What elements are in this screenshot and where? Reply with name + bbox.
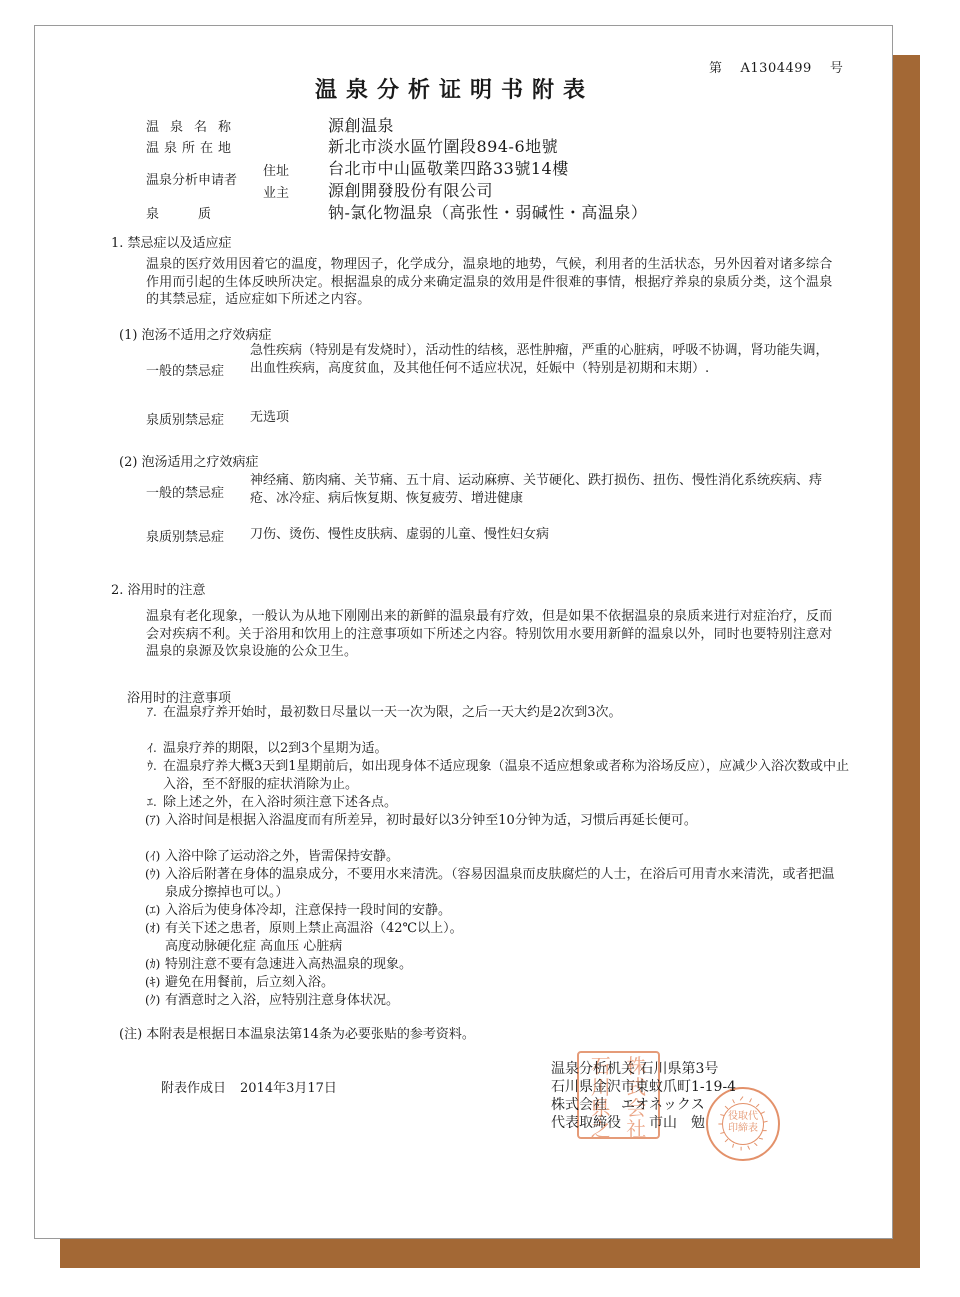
- subnote-item: (ｱ)入浴时间是根据入浴温度而有所差异，初时最好以3分钟至10分钟为适，习惯后再…: [145, 812, 697, 830]
- footnote: (注) 本附表是根据日本温泉法第14条为必要张贴的参考资料。: [119, 1023, 475, 1042]
- subnote-marker: (ｳ): [145, 866, 165, 884]
- subnote-text: 入浴后为使身体冷却，注意保持一段时间的安静。: [165, 903, 451, 918]
- serial-prefix: 第: [709, 61, 723, 76]
- spring-name-label: 温泉名称: [146, 116, 242, 135]
- seal-center: 役取代 印締表: [722, 1103, 764, 1145]
- seal-center-line: 役取代: [723, 1111, 763, 1123]
- subnote-marker: (ｲ): [145, 848, 165, 866]
- subnote-text: 避免在用餐前，后立刻入浴。: [165, 975, 334, 990]
- subnote-marker: (ｵ): [145, 920, 165, 938]
- subnote-marker: (ｶ): [145, 956, 165, 974]
- subnote-item: (ｵ)有关下述之患者，原则上禁止高温浴（42℃以上）。: [145, 920, 463, 938]
- subnote-item: (ｲ)入浴中除了运动浴之外，皆需保持安静。: [145, 848, 399, 866]
- sub1-specific-text: 无选项: [250, 409, 840, 427]
- quality-label: 泉 质: [146, 203, 211, 222]
- issuer-line: 株式会社 エオネックス: [551, 1094, 705, 1114]
- date-value: 2014年3月17日: [240, 1081, 337, 1096]
- note-text: 除上述之外，在入浴时须注意下述各点。: [163, 795, 397, 810]
- section1-sub2-heading: (2) 泡汤适用之疗效病症: [119, 451, 259, 470]
- date-line: 附表作成日2014年3月17日: [161, 1077, 337, 1096]
- issuer-line: 石川県金沢市東蚊爪町1-19-4: [551, 1076, 736, 1096]
- subnote-item: (ｸ)有酒意时之入浴，应特别注意身体状况。: [145, 992, 399, 1010]
- subnote-text: 入浴时间是根据入浴温度而有所差异，初时最好以3分钟至10分钟为适，习惯后再延长便…: [165, 813, 697, 828]
- subnote-item: (ｷ)避免在用餐前，后立刻入浴。: [145, 974, 334, 992]
- section1-intro: 温泉的医疗效用因着它的温度，物理因子，化学成分，温泉地的地势，气候，利用者的生活…: [146, 256, 836, 309]
- note-text: 在温泉疗养大概3天到1星期前后，如出现身体不适应现象（温泉不适应想象或者称为浴场…: [163, 759, 849, 792]
- subnote-text: 有关下述之患者，原则上禁止高温浴（42℃以上）。: [165, 921, 463, 936]
- subnote-text: 入浴中除了运动浴之外，皆需保持安静。: [165, 849, 399, 864]
- subnote-item: (ｶ)特别注意不要有急速进入高热温泉的现象。: [145, 956, 412, 974]
- applicant-label: 温泉分析申请者: [146, 169, 237, 188]
- spring-name-value: 源創温泉: [328, 113, 394, 136]
- seal-center-line: 印締表: [723, 1123, 763, 1135]
- location-label: 温泉所在地: [146, 137, 236, 156]
- serial-value: A1304499: [741, 61, 812, 76]
- applicant-owner-label: 业主: [263, 182, 289, 201]
- section2-heading: 2. 浴用时的注意: [111, 579, 206, 598]
- subnote-marker: (ｱ): [145, 812, 165, 830]
- note-marker: ｳ.: [147, 758, 163, 776]
- applicant-address-label: 住址: [263, 160, 289, 179]
- sub1-general-text: 急性疾病（特别是有发烧时），活动性的结核，恶性肿瘤，严重的心脏病，呼吸不协调，肾…: [250, 342, 840, 377]
- note-item: ｳ.在温泉疗养大概3天到1星期前后，如出现身体不适应现象（温泉不适应想象或者称为…: [147, 758, 853, 793]
- note-item: ｱ.在温泉疗养开始时，最初数日尽量以一天一次为限，之后一天大约是2次到3次。: [147, 704, 622, 722]
- issuer-line: 代表取締役 市山 勉: [551, 1112, 705, 1132]
- date-label: 附表作成日: [161, 1081, 226, 1096]
- issuer-line: 温泉分析机关 石川県第3号: [551, 1058, 718, 1078]
- note-marker: ｲ.: [147, 740, 163, 758]
- note-marker: ｱ.: [147, 704, 163, 722]
- subnote-marker: (ｸ): [145, 992, 165, 1010]
- subnote-item: (ｳ)入浴后附著在身体的温泉成分，不要用水来清洗。（容易因温泉而皮肤腐烂的人士，…: [145, 866, 845, 901]
- sub2-general-text: 神经痛、筋肉痛、关节痛、五十肩、运动麻痹、关节硬化、跌打损伤、扭伤、慢性消化系统…: [250, 472, 840, 507]
- subnote-marker: (ｷ): [145, 974, 165, 992]
- section2-intro: 温泉有老化现象，一般认为从地下刚刚出来的新鲜的温泉最有疗效，但是如果不依据温泉的…: [146, 608, 836, 661]
- subnote-text: 特别注意不要有急速进入高热温泉的现象。: [165, 957, 412, 972]
- sub1-general-label: 一般的禁忌症: [146, 360, 224, 379]
- note-text: 在温泉疗养开始时，最初数日尽量以一天一次为限，之后一天大约是2次到3次。: [163, 705, 622, 720]
- subnote-text: 入浴后附著在身体的温泉成分，不要用水来清洗。（容易因温泉而皮肤腐烂的人士，在浴后…: [165, 867, 835, 900]
- subnote-marker: (ｴ): [145, 902, 165, 920]
- certificate-page: 第A1304499号 温泉分析证明书附表 温泉名称 源創温泉 温泉所在地 新北市…: [34, 25, 893, 1239]
- note-text: 温泉疗养的期限，以2到3个星期为适。: [163, 741, 388, 756]
- applicant-address-value: 台北市中山區敬業四路33號14樓: [328, 156, 569, 179]
- sub2-specific-label: 泉质别禁忌症: [146, 526, 224, 545]
- section1-sub1-heading: (1) 泡汤不适用之疗效病症: [119, 324, 272, 343]
- sub2-specific-text: 刀伤、烫伤、慢性皮肤病、虚弱的儿童、慢性妇女病: [250, 526, 840, 544]
- document-title: 温泉分析证明书附表: [315, 73, 594, 104]
- subnote-text: 有酒意时之入浴，应特别注意身体状况。: [165, 993, 399, 1008]
- quality-value: 钠-氯化物温泉（高张性・弱碱性・高温泉）: [328, 200, 647, 223]
- location-value: 新北市淡水區竹圍段894-6地號: [328, 134, 558, 157]
- sub1-specific-label: 泉质别禁忌症: [146, 409, 224, 428]
- section1-heading: 1. 禁忌症以及适应症: [111, 232, 232, 251]
- serial-suffix: 号: [830, 61, 844, 76]
- round-seal-stamp: 役取代 印締表: [706, 1087, 780, 1161]
- applicant-owner-value: 源創開發股份有限公司: [328, 178, 493, 201]
- note-item: ｲ.温泉疗养的期限，以2到3个星期为适。: [147, 740, 388, 758]
- subnote-item: (ｴ)入浴后为使身体冷却，注意保持一段时间的安静。: [145, 902, 451, 920]
- note-marker: ｴ.: [147, 794, 163, 812]
- serial-number: 第A1304499号: [709, 57, 843, 76]
- subnote-continuation: 高度动脉硬化症 高血压 心脏病: [165, 938, 342, 956]
- note-item: ｴ.除上述之外，在入浴时须注意下述各点。: [147, 794, 397, 812]
- sub2-general-label: 一般的禁忌症: [146, 482, 224, 501]
